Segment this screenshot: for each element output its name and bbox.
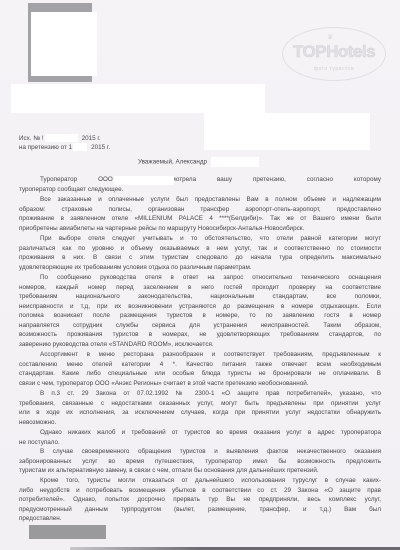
paragraph-line: туроператор сообщает следующее. [19, 185, 381, 195]
redacted-outgoing-number [45, 134, 78, 142]
paragraph-line: составлению меню отелей категории 4 *. К… [19, 360, 381, 370]
paragraph-line: образом: страховые полисы, организован т… [19, 205, 381, 215]
redacted-claim-date [73, 143, 87, 151]
paragraph-line: туристам их альтернативную замену, в свя… [19, 466, 381, 476]
paragraph-line: потребителей». Однако, попыток досрочно … [19, 495, 381, 505]
paragraph-line: Однако никаких жалоб и требований от тур… [19, 428, 381, 438]
paragraph-line: требованиям национального законодательст… [19, 292, 381, 302]
outgoing-year: 2015 г. [82, 135, 101, 142]
paragraph-room-equipment: По сообщению руководства отеля в ответ н… [19, 273, 381, 349]
paragraph-line: В п.3 ст. 29 Закона от 07.02.1992 № 2300… [19, 389, 381, 399]
claim-year: 2015 г. [91, 144, 110, 151]
paragraph-refusal-option: Кроме того, туристы могли отказаться от … [19, 476, 381, 524]
paragraph-line: стандартам. Какие либо специальные или о… [19, 369, 381, 379]
outgoing-number-line: Исх. № !2015 г. [19, 134, 101, 143]
paragraph-line: связи с чем, туроператор ООО «Анэкс Реги… [19, 379, 381, 389]
scanned-letter-page: ♛ TOPHotels фото туристов Исх. № !2015 г… [0, 0, 400, 550]
crown-icon: ♛ [327, 33, 332, 41]
paragraph-line: забронированных услуг во время путешеств… [19, 457, 381, 467]
claim-reference-label: на претензию от 1 [19, 144, 72, 151]
logo-brand: TOPHotels [283, 42, 385, 62]
paragraph-line: различаться как по уровню и объему оказы… [19, 244, 381, 254]
outgoing-number-partial: ! [42, 135, 44, 142]
redacted-address-block [11, 84, 265, 113]
paragraph-line: предоставлен. [19, 514, 381, 524]
paragraph-line: возможность проживания туристов в номера… [19, 330, 381, 340]
paragraph-line: Кроме того, туристы могли отказаться от … [19, 476, 381, 486]
paragraph-intro: Туроператор ООО « рассмотрела вашу прете… [19, 175, 381, 194]
redacted-stamp-content [31, 12, 97, 76]
redacted-signature-block [29, 525, 106, 539]
claim-reference-line: на претензию от 12015 г. [19, 143, 110, 152]
paragraph-line: предусмотренный данным турпродуктом (выл… [19, 505, 381, 515]
greeting-text: Уважаемый, Александр [138, 159, 207, 166]
paragraph-line: удовлетворяющие их требованиям условия о… [19, 263, 381, 273]
paragraph-line: проживания в них. В связи с этим туриста… [19, 253, 381, 263]
paragraph-line: не поступало. [19, 438, 381, 448]
paragraph-line: или в ходе их исполнения, за исключением… [19, 408, 381, 418]
paragraph-no-complaints: Однако никаких жалоб и требований от тур… [19, 428, 381, 447]
paragraph-line: проживание в заявленном отеле «MILLENIUM… [19, 214, 381, 224]
paragraph-line: При выборе отеля следует учитывать и то … [19, 234, 381, 244]
paragraph-line: По сообщению руководства отеля в ответ н… [19, 273, 381, 283]
paragraph-line: Все заказанные и оплаченные услуги был п… [19, 195, 381, 205]
paragraph-line: либо неудобств и потребовать возмещения … [19, 486, 381, 496]
paragraph-line: Ассортимент в меню ресторана разнообразе… [19, 350, 381, 360]
paragraph-line: Туроператор ООО « рассмотрела вашу прете… [19, 175, 381, 185]
paragraph-line: приобретены авиабилеты на чартерные рейс… [19, 224, 381, 234]
paragraph-line: неисправности и т.д, при их возникновени… [19, 302, 381, 312]
redacted-stamp-frame [28, 3, 92, 82]
logo-tagline: фото туристов [283, 66, 385, 72]
paragraph-line: поломка возникает после размещения турис… [19, 311, 381, 321]
redacted-surname [211, 157, 259, 167]
outgoing-number-label: Исх. № [19, 135, 42, 142]
paragraph-services: Все заказанные и оплаченные услуги был п… [19, 195, 381, 233]
paragraph-line: В случае своевременного обращения турист… [19, 447, 381, 457]
paragraph-line: требования, связанные с недостатками ока… [19, 399, 381, 409]
paragraph-restaurant-menu: Ассортимент в меню ресторана разнообразе… [19, 350, 381, 388]
paragraph-line: направляется сотрудник службы сервиса дл… [19, 321, 381, 331]
redacted-recipient-block [204, 113, 370, 150]
paragraph-consumer-law: В п.3 ст. 29 Закона от 07.02.1992 № 2300… [19, 389, 381, 427]
paragraph-timely-appeal: В случае своевременного обращения турист… [19, 447, 381, 476]
paragraph-line: заверению руководства отеля «STANDARD RO… [19, 340, 381, 350]
paragraph-line: номеров, каждый номер перед заселением в… [19, 283, 381, 293]
paragraph-hotel-choice: При выборе отеля следует учитывать и то … [19, 234, 381, 272]
tophotels-watermark-logo: ♛ TOPHotels фото туристов [282, 27, 386, 81]
greeting: Уважаемый, Александр [138, 157, 259, 167]
redacted-company-name [114, 176, 174, 185]
paragraph-line: невозможно. [19, 418, 381, 428]
